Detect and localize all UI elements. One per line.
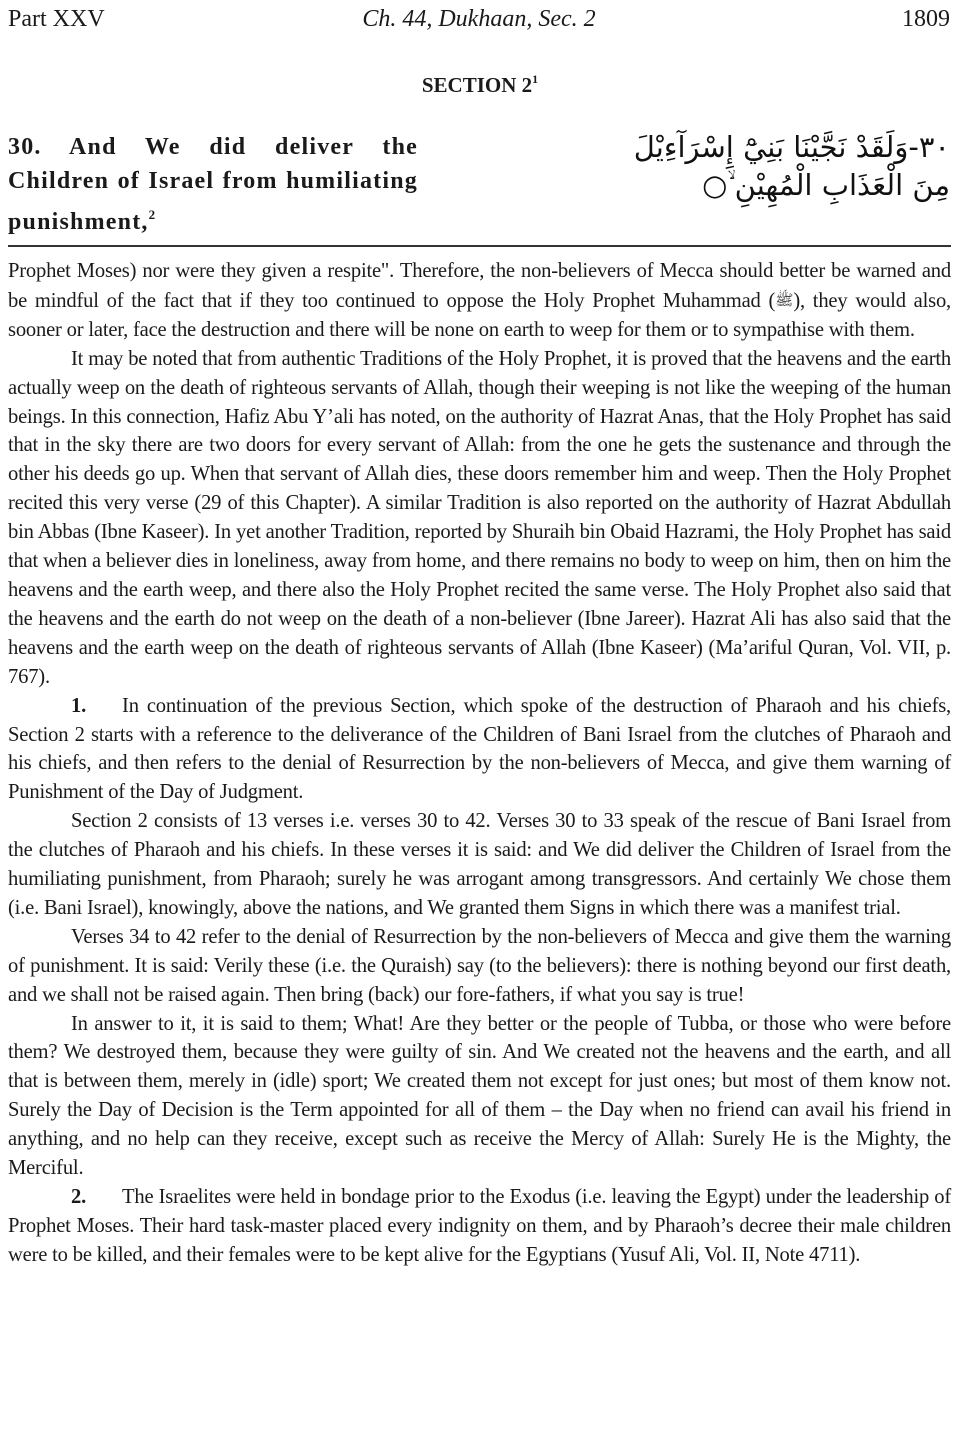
footnote-1: 1.In continuation of the previous Sectio…	[8, 692, 951, 808]
verse-english: 30. And We did deliver the Children of I…	[8, 130, 418, 239]
footnote-ref: 2	[149, 207, 156, 222]
paragraph: It may be noted that from authentic Trad…	[8, 345, 951, 692]
page-header: Part XXV Ch. 44, Dukhaan, Sec. 2 1809	[8, 2, 950, 36]
salutation-symbol-icon: ﷺ	[775, 291, 793, 309]
paragraph: Prophet Moses) nor were they given a res…	[8, 257, 951, 345]
page-number: 1809	[902, 2, 950, 36]
verse-arabic: ٣٠-وَلَقَدْ نَجَّيْنَا بَنِيْٓ إِسْرَآءِ…	[590, 128, 950, 204]
commentary-body: Prophet Moses) nor were they given a res…	[8, 257, 951, 1270]
verse-english-text: 30. And We did deliver the Children of I…	[8, 134, 418, 235]
verse-arabic-line: مِنَ الْعَذَابِ الْمُهِيْنِ ۙ○	[590, 166, 950, 204]
footnote-text: The Israelites were held in bondage prio…	[8, 1186, 951, 1266]
section-heading: SECTION 21	[0, 64, 960, 100]
footnote-2: 2.The Israelites were held in bondage pr…	[8, 1183, 951, 1270]
section-divider	[8, 245, 951, 247]
footnote-number: 1.	[71, 695, 86, 717]
footnote-ref: 1	[532, 72, 538, 86]
paragraph: Section 2 consists of 13 verses i.e. ver…	[8, 807, 951, 923]
paragraph: In answer to it, it is said to them; Wha…	[8, 1010, 951, 1183]
chapter-label: Ch. 44, Dukhaan, Sec. 2	[8, 2, 950, 36]
footnote-text: In continuation of the previous Section,…	[8, 695, 951, 804]
verse-arabic-line: ٣٠-وَلَقَدْ نَجَّيْنَا بَنِيْٓ إِسْرَآءِ…	[590, 128, 950, 166]
paragraph: Verses 34 to 42 refer to the denial of R…	[8, 923, 951, 1010]
footnote-number: 2.	[71, 1186, 86, 1208]
section-title-text: SECTION 2	[422, 73, 532, 97]
